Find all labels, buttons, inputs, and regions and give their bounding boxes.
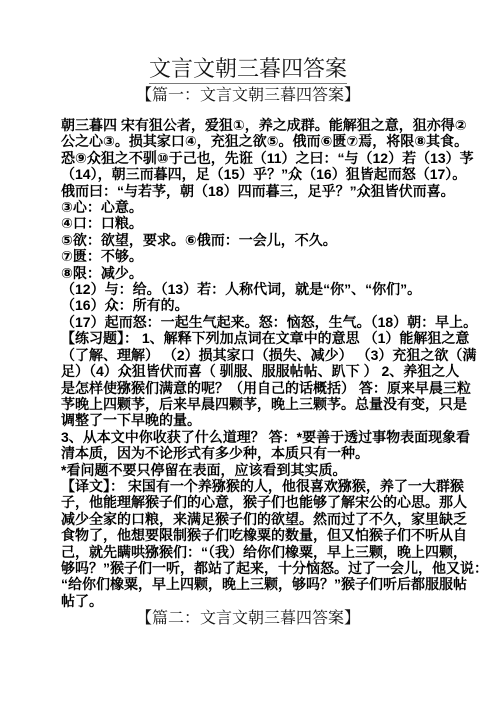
text-line: 己，就先瞒哄猕猴们：“（我）给你们橡粟，早上三颗，晚上四颗， <box>61 544 453 560</box>
section2-header: 【篇二：文言文朝三暮四答案】 <box>0 610 496 628</box>
text-line: 朝三暮四 宋有狙公者，爱狙①，养之成群。能解狙之意，狙亦得② <box>61 117 453 133</box>
document-body: 朝三暮四 宋有狙公者，爱狙①，养之成群。能解狙之意，狙亦得②公之心③。损其家口④… <box>61 117 453 609</box>
text-line: 是怎样使猕猴们满意的呢？（用自己的话概括） 答：原来早晨三粒 <box>61 380 453 396</box>
document-title: 文言文朝三暮四答案 <box>0 56 496 84</box>
text-line: ⑤欲：欲望，要求。⑥俄而：一会儿，不久。 <box>61 232 453 248</box>
text-line: （了解、理解） （2）损其家口（损失、减少） （3）充狙之欲（满 <box>61 347 453 363</box>
text-line: *看问题不要只停留在表面，应该看到其实质。 <box>61 462 453 478</box>
text-line: 3、从本文中你收获了什么道理？ 答：*要善于透过事物表面现象看 <box>61 429 453 445</box>
section1-header: 【篇一：文言文朝三暮四答案】 <box>0 87 496 105</box>
text-line: 恐⑨众狙之不驯⑩于己也，先诳（11）之曰：“与（12）若（13）芧 <box>61 150 453 166</box>
text-line: （17）起而怒：一起生气起来。怒：恼怒，生气。（18）朝：早上。 <box>61 314 453 330</box>
document-title-text: 文言文朝三暮四答案 <box>149 56 347 84</box>
text-line: 【练习题】： 1、解释下列加点词在文章中的意思 （1）能解狙之意 <box>61 330 453 346</box>
text-line: ③心：心意。 <box>61 199 453 215</box>
document-page: 文言文朝三暮四答案 【篇一：文言文朝三暮四答案】 朝三暮四 宋有狙公者，爱狙①，… <box>0 0 496 702</box>
text-line: 子，他能理解猴子们的心意，猴子们也能够了解宋公的心思。那人 <box>61 494 453 510</box>
text-line: 足）（4）众狙皆伏而喜（ 驯服、服服帖帖、趴下 ） 2、养狙之人 <box>61 363 453 379</box>
text-line: （16）众：所有的。 <box>61 297 453 313</box>
text-line: ⑦匮：不够。 <box>61 248 453 264</box>
text-line: （12）与：给。（13）若：人称代词，就是“你”、“你们”。 <box>61 281 453 297</box>
text-line: （14），朝三而暮四，足（15）乎？”众（16）狙皆起而怒（17）。 <box>61 166 453 182</box>
text-line: 够吗？”猴子们一听，都站了起来，十分恼怒。过了一会儿，他又说： <box>61 560 453 576</box>
text-line: 帖了。 <box>61 593 453 609</box>
text-line: ④口：口粮。 <box>61 215 453 231</box>
text-line: 俄而曰：“与若芧，朝（18）四而暮三，足乎？”众狙皆伏而喜。 <box>61 183 453 199</box>
text-line: 食物了，他想要限制猴子们吃橡粟的数量，但又怕猴子们不听从自 <box>61 527 453 543</box>
text-line: 芧晚上四颗芧，后来早晨四颗芧，晚上三颗芧。总量没有变，只是 <box>61 396 453 412</box>
text-line: 减少全家的口粮，来满足猴子们的欲望。然而过了不久，家里缺乏 <box>61 511 453 527</box>
text-line: “给你们橡粟，早上四颗，晚上三颗，够吗？”猴子们听后都服服帖 <box>61 576 453 592</box>
text-line: 调整了一下早晚的量。 <box>61 412 453 428</box>
text-line: 公之心③。损其家口④，充狙之欲⑤。俄而⑥匮⑦焉，将限⑧其食。 <box>61 133 453 149</box>
text-line: ⑧限：减少。 <box>61 265 453 281</box>
text-line: 清本质，因为不论形式有多少种，本质只有一种。 <box>61 445 453 461</box>
text-line: 【译文】： 宋国有一个养猕猴的人，他很喜欢猕猴，养了一大群猴 <box>61 478 453 494</box>
